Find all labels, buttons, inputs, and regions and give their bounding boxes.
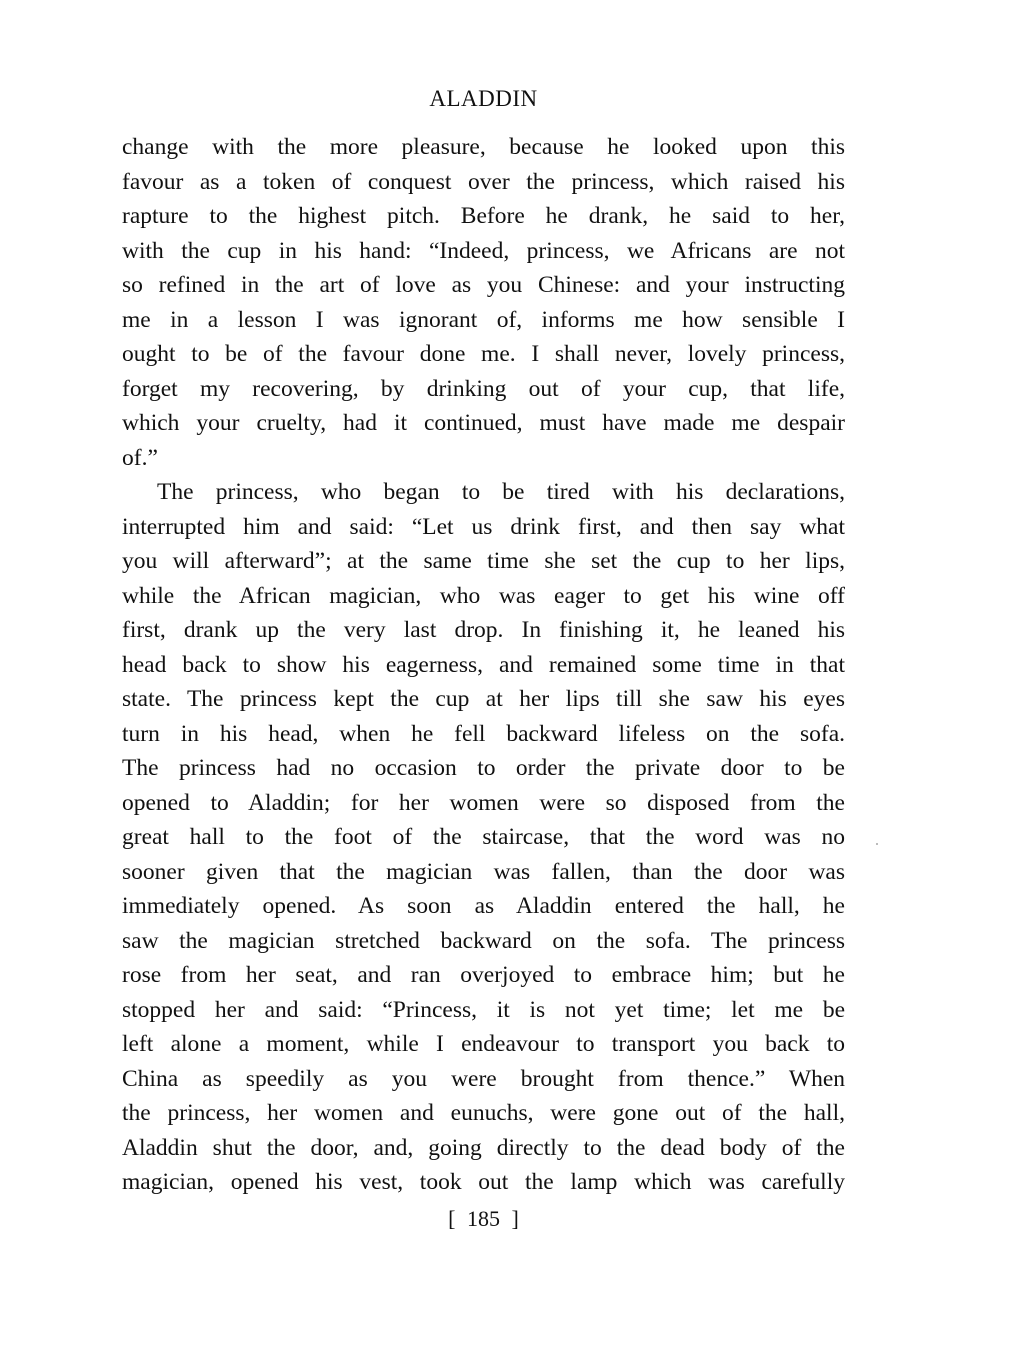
text-line: state. The princess kept the cup at her … xyxy=(122,682,845,717)
running-head: ALADDIN xyxy=(122,84,845,114)
text-line: first, drank up the very last drop. In f… xyxy=(122,613,845,648)
paragraph-first-line: The princess, who began to be tired with… xyxy=(122,475,845,510)
text-line: which your cruelty, had it continued, mu… xyxy=(122,406,845,441)
text-line: with the cup in his hand: “Indeed, princ… xyxy=(122,234,845,269)
page-number: [ 185 ] xyxy=(122,1204,845,1234)
text-line: rapture to the highest pitch. Before he … xyxy=(122,199,845,234)
text-line: interrupted him and said: “Let us drink … xyxy=(122,510,845,545)
text-line: immediately opened. As soon as Aladdin e… xyxy=(122,889,845,924)
text-line: forget my recovering, by drinking out of… xyxy=(122,372,845,407)
text-line: magician, opened his vest, took out the … xyxy=(122,1165,845,1200)
text-line: head back to show his eagerness, and rem… xyxy=(122,648,845,683)
text-line: opened to Aladdin; for her women were so… xyxy=(122,786,845,821)
text-line: sooner given that the magician was falle… xyxy=(122,855,845,890)
scan-speck xyxy=(876,843,878,845)
text-line: me in a lesson I was ignorant of, inform… xyxy=(122,303,845,338)
book-page: ALADDIN change with the more pleasure, b… xyxy=(0,0,1029,1364)
text-line: so refined in the art of love as you Chi… xyxy=(122,268,845,303)
text-line: ought to be of the favour done me. I sha… xyxy=(122,337,845,372)
body-text: change with the more pleasure, because h… xyxy=(122,130,845,1200)
text-line: The princess had no occasion to order th… xyxy=(122,751,845,786)
text-line: while the African magician, who was eage… xyxy=(122,579,845,614)
text-line: favour as a token of conquest over the p… xyxy=(122,165,845,200)
text-line: you will afterward”; at the same time sh… xyxy=(122,544,845,579)
text-line: of.” xyxy=(122,441,845,476)
text-line: great hall to the foot of the staircase,… xyxy=(122,820,845,855)
text-line: left alone a moment, while I endeavour t… xyxy=(122,1027,845,1062)
text-line: Aladdin shut the door, and, going direct… xyxy=(122,1131,845,1166)
text-line: change with the more pleasure, because h… xyxy=(122,130,845,165)
text-line: stopped her and said: “Princess, it is n… xyxy=(122,993,845,1028)
text-line: China as speedily as you were brought fr… xyxy=(122,1062,845,1097)
text-line: saw the magician stretched backward on t… xyxy=(122,924,845,959)
text-line: rose from her seat, and ran overjoyed to… xyxy=(122,958,845,993)
text-line: the princess, her women and eunuchs, wer… xyxy=(122,1096,845,1131)
text-line: turn in his head, when he fell backward … xyxy=(122,717,845,752)
